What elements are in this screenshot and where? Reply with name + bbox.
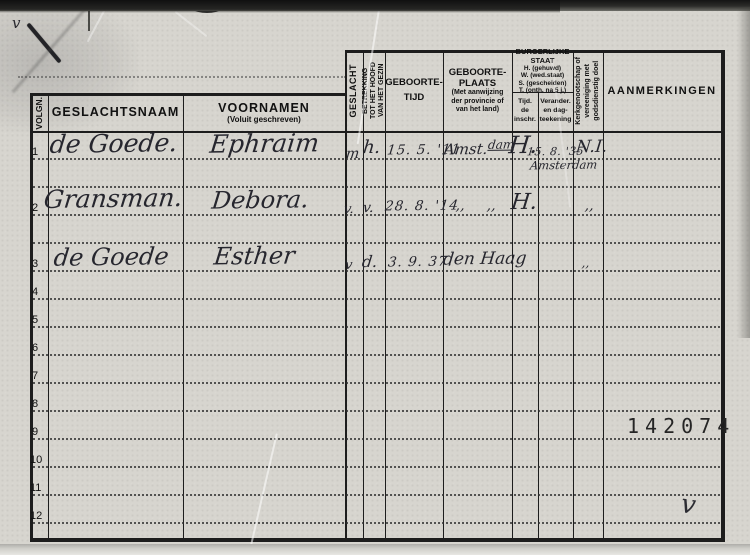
column-header-kerkgenootschap: Kerkgenootschap of vereeniging met godsd… xyxy=(573,50,603,131)
entry-firstname: Debora. xyxy=(211,187,310,212)
row-line-4 xyxy=(33,298,720,300)
row-number: 4 xyxy=(32,286,38,298)
row-number: 2 xyxy=(32,202,38,214)
pencil-checkmark-bottom-right: v xyxy=(679,491,697,519)
top-dotted-rule xyxy=(18,76,346,78)
column-header-aanmerkingen: AANMERKINGEN xyxy=(603,50,721,131)
scan-right-edge-shadow xyxy=(737,8,750,338)
entry-relation: v. xyxy=(362,201,374,215)
row-number: 5 xyxy=(32,314,38,326)
entry-sex: v. xyxy=(343,203,354,216)
row-line-11 xyxy=(33,494,720,496)
row-number: 10 xyxy=(30,454,42,466)
row-number: 7 xyxy=(32,370,38,382)
row-number: 9 xyxy=(32,426,38,438)
row-number: 1 xyxy=(32,146,38,158)
col-line xyxy=(183,93,184,541)
registration-number-stamp: 142074 xyxy=(627,414,735,438)
row-line-12 xyxy=(33,522,720,524)
col-line xyxy=(48,93,49,541)
column-header-geslachtsnaam: GESLACHTSNAAM xyxy=(48,93,183,131)
scanned-register-card: v VOLGN. GESLACHTSNAAM VOORNAMEN (Voluit xyxy=(0,0,750,555)
entry-surname: de Goede xyxy=(53,244,170,270)
row-number: 8 xyxy=(32,398,38,410)
entry-birthplace-ditto: ,, xyxy=(486,199,496,213)
entry-birthplace: den Haag xyxy=(442,250,527,268)
row-line-10 xyxy=(33,466,720,468)
row-line-6 xyxy=(33,354,720,356)
column-header-geboortetijd: GEBOORTE- TIJD xyxy=(385,50,443,131)
row-number: 3 xyxy=(32,258,38,270)
row-line-2 xyxy=(33,214,720,216)
pencil-checkmark-top-left: v xyxy=(12,16,20,31)
row-line-7 xyxy=(33,382,720,384)
column-header-voornamen: VOORNAMEN (Voluit geschreven) xyxy=(183,93,345,131)
card-bottom-edge xyxy=(0,544,750,555)
row-number: 6 xyxy=(32,342,38,354)
row-number: 11 xyxy=(30,482,41,494)
column-header-volgnummer: VOLGN. xyxy=(30,95,48,131)
entry-birthdate: 28. 8. '14 xyxy=(384,199,459,214)
entry-firstname: Esther xyxy=(213,243,296,268)
entry-religion-ditto: ,, xyxy=(584,199,594,213)
entry-sex: m xyxy=(345,147,360,161)
entry-sex: v xyxy=(344,259,353,272)
column-header-burgerlijke-staat: BURGERLIJKE STAAT H. (gehuwd) W. (wed.st… xyxy=(512,51,573,92)
entry-surname: de Goede. xyxy=(49,130,179,157)
entry-birthplace-ditto: ,, xyxy=(455,199,465,213)
entry-birthplace: Amst.dam xyxy=(443,142,515,158)
row-line-8 xyxy=(33,410,720,412)
entry-firstname: Ephraim xyxy=(209,130,321,157)
row-line-9 xyxy=(33,438,720,440)
column-header-geboorteplaats: GEBOORTE- PLAATS (Met aanwijzing der pro… xyxy=(443,50,512,131)
entry-surname: Gransman. xyxy=(43,185,184,212)
entry-religion-ditto: ,, xyxy=(581,257,590,269)
row-line-1 xyxy=(33,158,720,160)
row-line-5 xyxy=(33,326,720,328)
entry-relation: d. xyxy=(361,254,378,270)
scan-top-edge-dark xyxy=(0,0,560,13)
entry-relation: h. xyxy=(362,139,381,157)
entry-religion: N.I. xyxy=(575,139,608,156)
entry-civil-status: H. xyxy=(510,192,539,214)
table-right-border xyxy=(721,50,725,541)
row-number: 12 xyxy=(30,510,42,522)
subcolumn-header-tijd-inschrijving: Tijd. de inschr. xyxy=(512,92,538,131)
table-bottom-border xyxy=(30,538,725,542)
